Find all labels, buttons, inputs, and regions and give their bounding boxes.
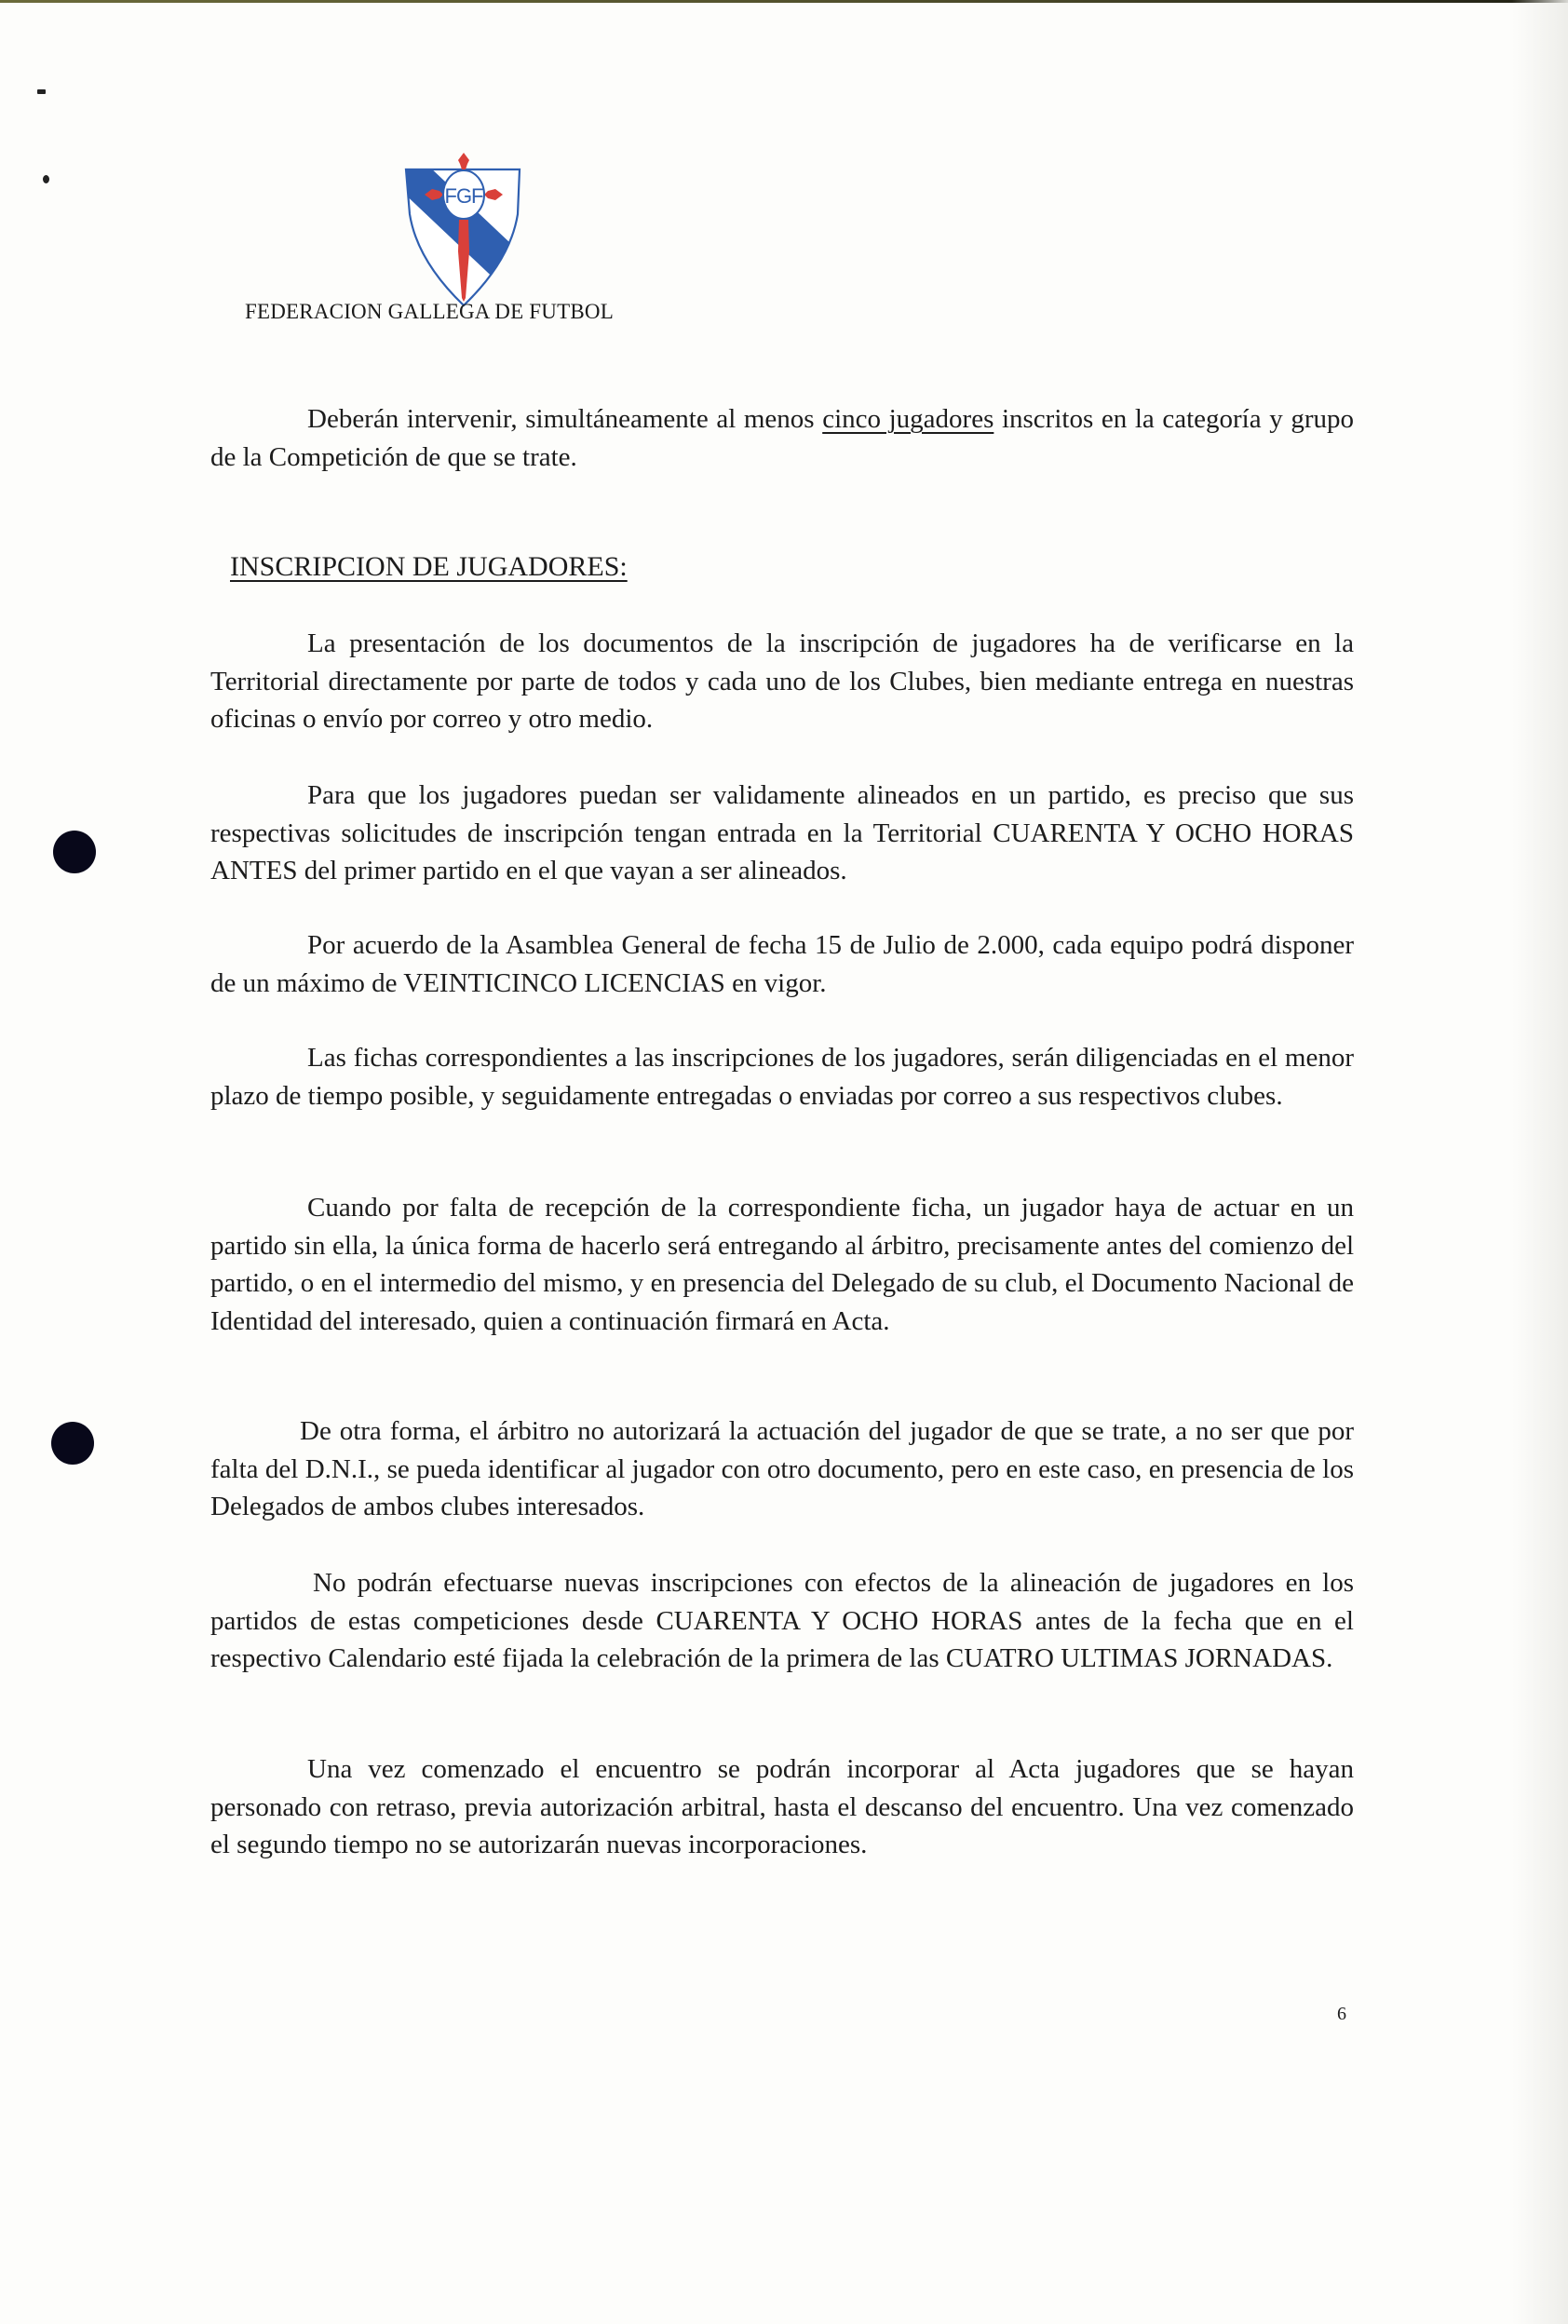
intro-paragraph: Deberán intervenir, simultáneamente al m… <box>210 400 1354 476</box>
paragraph-text: Una vez comenzado el encuentro se podrán… <box>210 1754 1354 1859</box>
scan-right-shadow <box>1512 0 1568 2324</box>
paragraph-text: Por acuerdo de la Asamblea General de fe… <box>210 930 1354 998</box>
paragraph-text: No podrán efectuarse nuevas inscripcione… <box>210 1568 1354 1673</box>
underlined-phrase: cinco jugadores <box>822 404 994 434</box>
scan-top-edge <box>0 0 1568 3</box>
punch-hole-icon <box>51 1422 94 1465</box>
fgf-crest-logo: FGF <box>400 149 527 309</box>
punch-hole-icon <box>53 831 96 873</box>
paragraph-alignment-deadline: Para que los jugadores puedan ser valida… <box>210 777 1354 890</box>
paragraph-no-new-registrations: No podrán efectuarse nuevas inscripcione… <box>210 1564 1354 1678</box>
paragraph-fichas: Las fichas correspondientes a las inscri… <box>210 1039 1354 1115</box>
paragraph-license-limit: Por acuerdo de la Asamblea General de fe… <box>210 926 1354 1002</box>
paragraph-presentation: La presentación de los documentos de la … <box>210 625 1354 738</box>
svg-text:FGF: FGF <box>445 184 484 208</box>
crest-icon: FGF <box>400 149 527 309</box>
paragraph-missing-ficha: Cuando por falta de recepción de la corr… <box>210 1189 1354 1340</box>
paragraph-text: Para que los jugadores puedan ser valida… <box>210 780 1354 885</box>
paragraph-text: De otra forma, el árbitro no autorizará … <box>210 1416 1354 1521</box>
paragraph-text: Las fichas correspondientes a las inscri… <box>210 1043 1354 1111</box>
intro-text-start: Deberán intervenir, simultáneamente al m… <box>307 404 822 434</box>
scan-mark <box>37 89 46 94</box>
page-number: 6 <box>1337 2004 1346 2025</box>
section-heading: INSCRIPCION DE JUGADORES: <box>230 551 628 583</box>
organization-name: FEDERACION GALLEGA DE FUTBOL <box>245 300 614 324</box>
paragraph-otherwise: De otra forma, el árbitro no autorizará … <box>210 1412 1354 1526</box>
paragraph-text: Cuando por falta de recepción de la corr… <box>210 1193 1354 1336</box>
paragraph-late-incorporation: Una vez comenzado el encuentro se podrán… <box>210 1750 1354 1864</box>
paragraph-text: La presentación de los documentos de la … <box>210 628 1354 734</box>
scan-mark <box>43 175 49 183</box>
